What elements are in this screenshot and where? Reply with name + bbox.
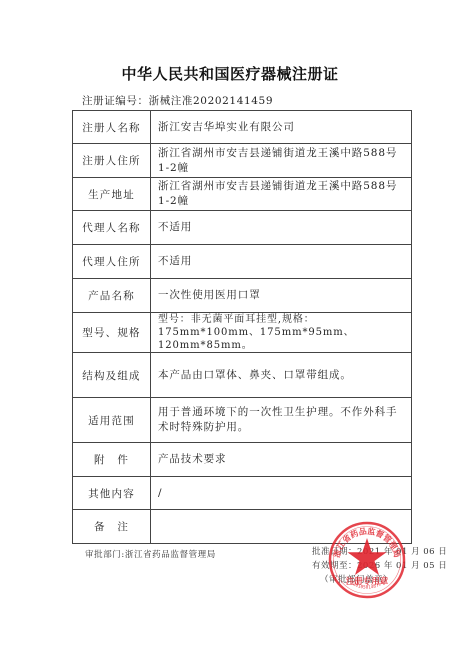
approval-date-label: 批准日期： <box>312 547 357 557</box>
approval-date-value: 2021 年 01 月 06 日 <box>357 547 447 557</box>
row-production-address: 生产地址 浙江省湖州市安吉县递铺街道龙王溪中路588号1-2幢 <box>73 178 412 211</box>
certificate-table: 注册人名称 浙江安吉华埠实业有限公司 注册人住所 浙江省湖州市安吉县递铺街道龙王… <box>72 110 412 544</box>
row-product-name: 产品名称 一次性使用医用口罩 <box>73 279 412 313</box>
field-label: 备 注 <box>73 510 151 544</box>
valid-until-row: 有效期至：2026 年 01 月 05 日 <box>312 559 447 573</box>
field-value: 不适用 <box>151 245 412 279</box>
row-attachment: 附 件 产品技术要求 <box>73 443 412 477</box>
field-value: 浙江省湖州市安吉县递铺街道龙王溪中路588号1-2幢 <box>151 178 412 211</box>
registration-number-label: 注册证编号： <box>82 95 149 107</box>
row-registrant-name: 注册人名称 浙江安吉华埠实业有限公司 <box>73 111 412 144</box>
registration-number-value: 浙械注准20202141459 <box>149 95 273 107</box>
row-model-spec: 型号、规格 型号：非无菌平面耳挂型,规格：175mm*100mm、175mm*9… <box>73 313 412 353</box>
row-scope: 适用范围 用于普通环境下的一次性卫生护理。不作外科手术时特殊防护用。 <box>73 398 412 443</box>
field-label: 结构及组成 <box>73 353 151 398</box>
approval-department: 审批部门:浙江省药品监督管理局 <box>85 548 216 560</box>
field-value: 不适用 <box>151 211 412 245</box>
field-value: 用于普通环境下的一次性卫生护理。不作外科手术时特殊防护用。 <box>151 398 412 443</box>
field-value: 浙江省湖州市安吉县递铺街道龙王溪中路588号1-2幢 <box>151 144 412 178</box>
row-agent-name: 代理人名称 不适用 <box>73 211 412 245</box>
document-title: 中华人民共和国医疗器械注册证 <box>0 63 460 84</box>
field-value: 型号：非无菌平面耳挂型,规格：175mm*100mm、175mm*95mm、12… <box>151 313 412 353</box>
field-label: 注册人名称 <box>73 111 151 144</box>
valid-until-value: 2026 年 01 月 05 日 <box>357 561 447 571</box>
field-label: 产品名称 <box>73 279 151 313</box>
field-value <box>151 510 412 544</box>
field-value: 浙江安吉华埠实业有限公司 <box>151 111 412 144</box>
approval-date-row: 批准日期：2021 年 01 月 06 日 <box>312 545 447 559</box>
field-label: 其他内容 <box>73 477 151 510</box>
field-label: 适用范围 <box>73 398 151 443</box>
field-value: 产品技术要求 <box>151 443 412 477</box>
field-label: 生产地址 <box>73 178 151 211</box>
field-value: 一次性使用医用口罩 <box>151 279 412 313</box>
row-other: 其他内容 / <box>73 477 412 510</box>
field-label: 型号、规格 <box>73 313 151 353</box>
row-agent-address: 代理人住所 不适用 <box>73 245 412 279</box>
field-value: / <box>151 477 412 510</box>
approval-dates: 批准日期：2021 年 01 月 06 日 有效期至：2026 年 01 月 0… <box>312 545 447 587</box>
field-label: 代理人住所 <box>73 245 151 279</box>
field-label: 代理人名称 <box>73 211 151 245</box>
field-label: 附 件 <box>73 443 151 477</box>
seal-note: （审批部门盖章） <box>312 573 447 587</box>
row-registrant-address: 注册人住所 浙江省湖州市安吉县递铺街道龙王溪中路588号1-2幢 <box>73 144 412 178</box>
row-structure: 结构及组成 本产品由口罩体、鼻夹、口罩带组成。 <box>73 353 412 398</box>
field-value: 本产品由口罩体、鼻夹、口罩带组成。 <box>151 353 412 398</box>
valid-until-label: 有效期至： <box>312 561 357 571</box>
field-label: 注册人住所 <box>73 144 151 178</box>
registration-number: 注册证编号：浙械注准20202141459 <box>82 93 273 108</box>
row-remarks: 备 注 <box>73 510 412 544</box>
